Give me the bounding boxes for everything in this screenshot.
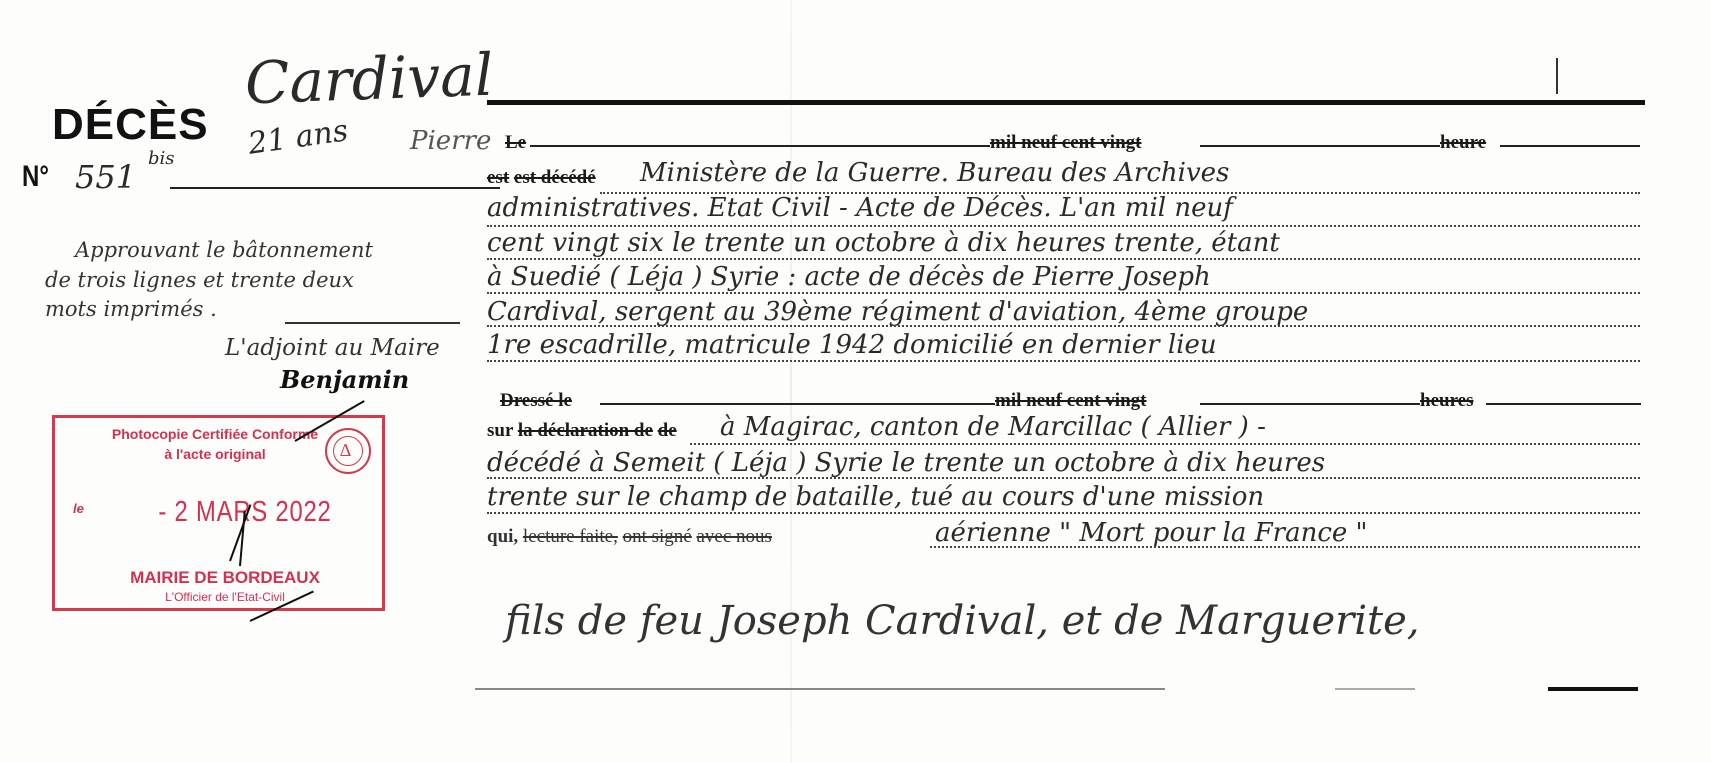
label-le: Le	[505, 132, 526, 154]
body-line-1: Ministère de la Guerre. Bureau des Archi…	[640, 158, 1229, 188]
stamp-mairie: MAIRIE DE BORDEAUX	[75, 568, 375, 588]
dotted-line-10	[930, 546, 1640, 548]
footer-rule-left	[475, 688, 1165, 690]
record-number-suffix: bis	[148, 148, 175, 169]
age: 21 ans	[246, 113, 350, 162]
margin-note-line-1: Approuvant le bâtonnement	[75, 238, 373, 262]
label-est-decede: est est décédé	[487, 167, 596, 189]
number-label: N°	[22, 160, 49, 194]
first-name: Pierre	[410, 126, 491, 156]
dotted-line-9	[487, 512, 1640, 514]
dotted-line-4	[487, 292, 1640, 294]
label-heure: heure	[1440, 132, 1486, 154]
seal-icon: ∆	[325, 428, 371, 474]
body-line-3: cent vingt six le trente un octobre à di…	[487, 228, 1280, 258]
footer-handwriting: fils de feu Joseph Cardival, et de Margu…	[505, 598, 1420, 644]
label-dresse-le: Dressé le	[500, 390, 572, 412]
footer-rule-mid	[1335, 688, 1415, 690]
stamp-officier: L'Officier de l'Etat-Civil	[75, 590, 375, 604]
tick-mark	[1556, 58, 1558, 94]
dotted-line-3	[487, 258, 1640, 260]
signature-adjoint: Benjamin	[280, 365, 409, 394]
margin-note-line-2: de trois lignes et trente deux	[45, 268, 354, 292]
body-line-10: aérienne " Mort pour la France "	[935, 518, 1368, 548]
label-mil-neuf-cent-vingt-1: mil neuf cent vingt	[990, 132, 1141, 154]
rule-year-1	[1200, 145, 1440, 147]
document-type-title: DÉCÈS	[52, 100, 209, 150]
label-declaration: sur la déclaration de de	[487, 420, 677, 442]
body-line-4: à Suedié ( Léja ) Syrie : acte de décès …	[487, 262, 1211, 292]
paper-fold	[790, 0, 792, 763]
dotted-line-2	[487, 225, 1640, 227]
body-line-7: à Magirac, canton de Marcillac ( Allier …	[720, 412, 1266, 442]
rule-heures	[1486, 403, 1641, 405]
label-heures: heures	[1420, 390, 1473, 412]
body-line-5: Cardival, sergent au 39ème régiment d'av…	[487, 297, 1308, 327]
dotted-line-6	[487, 360, 1640, 362]
margin-note-line-3: mots imprimés .	[45, 297, 217, 321]
dotted-line-5	[487, 325, 1640, 327]
dotted-line-7	[690, 443, 1640, 445]
rule-le	[530, 145, 990, 147]
body-line-8: décédé à Semeit ( Léja ) Syrie le trente…	[487, 448, 1325, 478]
stamp-line-2: à l'acte original	[95, 446, 335, 462]
body-line-2: administratives. Etat Civil - Acte de Dé…	[487, 193, 1233, 223]
dotted-line-8	[487, 477, 1640, 479]
body-line-6: 1re escadrille, matricule 1942 domicilié…	[487, 330, 1217, 360]
number-underline	[170, 187, 500, 189]
rule-dresse	[600, 403, 995, 405]
signatory-title: L'adjoint au Maire	[225, 335, 440, 361]
header-rule	[487, 100, 1645, 105]
rule-heure	[1500, 145, 1640, 147]
rule-year-2	[1200, 403, 1420, 405]
certification-stamp: Photocopie Certifiée Conforme à l'acte o…	[52, 415, 385, 611]
label-mil-neuf-cent-vingt-2: mil neuf cent vingt	[995, 390, 1146, 412]
stamp-le-label: le	[73, 501, 84, 516]
body-line-9: trente sur le champ de bataille, tué au …	[487, 482, 1264, 512]
label-lecture-faite: qui, lecture faite, ont signé avec nous	[487, 526, 772, 548]
record-number: 551	[75, 158, 136, 196]
footer-rule-right	[1548, 687, 1638, 691]
margin-note-rule	[285, 322, 460, 324]
surname: Cardival	[244, 41, 494, 118]
